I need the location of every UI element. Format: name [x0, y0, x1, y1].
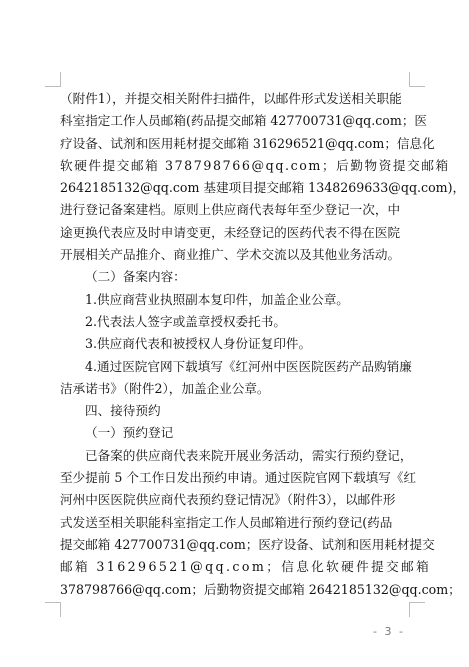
text-line: 已备案的供应商代表来院开展业务活动，需实行预约登记，: [60, 445, 409, 467]
text-line: 科室指定工作人员邮箱(药品提交邮箱 427700731@qq.com；医: [60, 110, 409, 132]
text-line: 2642185132@qq.com 基建项目提交邮箱 1348269633@qq…: [60, 177, 409, 199]
document-page: （附件1），并提交相关附件扫描件，以邮件形式发送相关职能 科室指定工作人员邮箱(…: [0, 0, 469, 667]
page-number: - 3 -: [373, 625, 405, 638]
text-line: 进行登记备案建档。原则上供应商代表每年至少登记一次，中: [60, 199, 409, 221]
section-heading: （二）备案内容：: [60, 266, 409, 288]
list-item: 1.供应商营业执照副本复印件，加盖企业公章。: [60, 289, 409, 311]
text-line: 开展相关产品推介、商业推广、学术交流以及其他业务活动。: [60, 244, 409, 266]
text-line: 软硬件提交邮箱 378798766@qq.com；后勤物资提交邮箱: [60, 155, 409, 177]
margin-corner-top-left: [45, 72, 61, 87]
text-line: 378798766@qq.com；后勤物资提交邮箱 2642185132@qq.…: [60, 579, 409, 601]
section-heading: 四、接待预约: [60, 400, 409, 422]
text-line: 河州中医医院供应商代表预约登记情况》（附件3），以邮件形: [60, 489, 409, 511]
margin-corner-top-right: [409, 72, 425, 87]
text-line: 邮箱 316296521@qq.com；信息化软硬件提交邮箱: [60, 556, 409, 578]
text-line: 疗设备、试剂和医用耗材提交邮箱 316296521@qq.com；信息化: [60, 133, 409, 155]
text-line: 洁承诺书》（附件2），加盖企业公章。: [60, 378, 409, 400]
subsection-heading: （一）预约登记: [60, 422, 409, 444]
text-line: 途更换代表应及时申请变更，未经登记的医药代表不得在医院: [60, 222, 409, 244]
text-line: 至少提前 5 个工作日发出预约申请。通过医院官网下载填写《红: [60, 467, 409, 489]
list-item: 4.通过医院官网下载填写《红河州中医医院医药产品购销廉: [60, 356, 409, 378]
text-line: 提交邮箱 427700731@qq.com；医疗设备、试剂和医用耗材提交: [60, 534, 409, 556]
list-item: 2.代表法人签字或盖章授权委托书。: [60, 311, 409, 333]
margin-corner-bottom-right: [409, 602, 425, 617]
text-line: 式发送至相关职能科室指定工作人员邮箱进行预约登记(药品: [60, 512, 409, 534]
list-item: 3.供应商代表和被授权人身份证复印件。: [60, 333, 409, 355]
margin-corner-bottom-left: [45, 602, 61, 617]
document-body[interactable]: （附件1），并提交相关附件扫描件，以邮件形式发送相关职能 科室指定工作人员邮箱(…: [60, 88, 409, 601]
text-line: （附件1），并提交相关附件扫描件，以邮件形式发送相关职能: [60, 88, 409, 110]
